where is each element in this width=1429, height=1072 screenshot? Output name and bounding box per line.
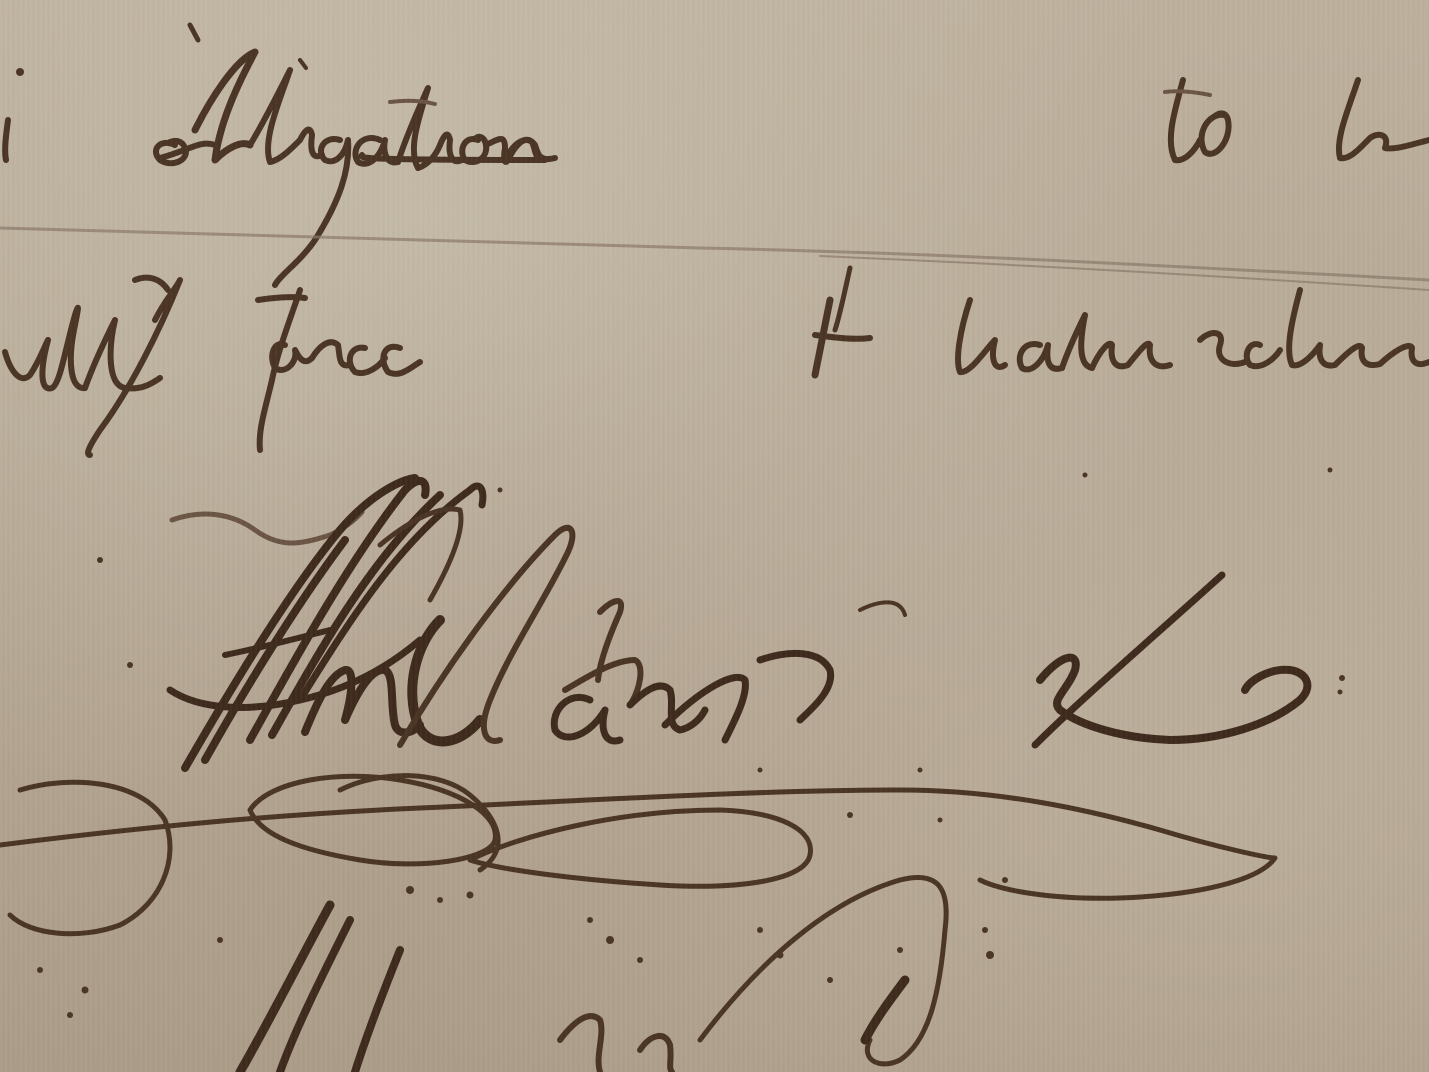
handwritten-line-2 [5,268,1429,455]
second-signature-flourish [0,468,1333,1072]
signature-wm-clark [170,478,1345,768]
manuscript-photo: i obligation to be ull force & value Wm … [0,0,1429,1072]
handwriting-layer [0,0,1429,1072]
handwritten-line-1 [5,25,1429,285]
